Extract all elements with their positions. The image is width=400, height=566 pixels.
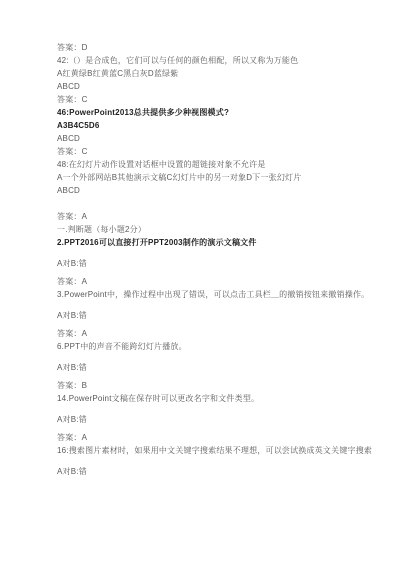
blank-line: [57, 197, 392, 210]
line-text: ABCD: [57, 82, 80, 91]
options-line: A红黄绿B红黄蓝C黑白灰D蓝绿紫: [57, 67, 392, 80]
line-text: 46:PowerPoint2013总共提供多少种视图模式?: [57, 108, 229, 117]
question-line: 42:（）是合成色，它们可以与任何的颜色相配，所以又称为万能色: [57, 54, 392, 67]
answer-line: 答案：C: [57, 145, 392, 158]
line-text: A对B:错: [57, 467, 87, 476]
answer-line: 答案：A: [57, 275, 392, 288]
line-text: 14.PowerPoint文稿在保存时可以更改名字和文件类型。: [57, 394, 259, 403]
line-text: A一个外部网站B其他演示文稿C幻灯片中的另一对象D下一张幻灯片: [57, 173, 301, 182]
question-line: 48:在幻灯片动作设置对话框中设置的超链接对象不允许是: [57, 158, 392, 171]
truefalse-choice-line: A对B:错: [57, 405, 392, 431]
line-text: 答案：A: [57, 329, 87, 338]
question-line: 3.PowerPoint中，操作过程中出现了错误，可以点击工具栏＿的撤销按钮来撤…: [57, 288, 392, 301]
line-text: A红黄绿B红黄蓝C黑白灰D蓝绿紫: [57, 69, 178, 78]
answer-line: 答案：D: [57, 41, 392, 54]
options-line: ABCD: [57, 184, 392, 197]
line-text: 16:搜索图片素材时，如果用中文关键字搜索结果不理想，可以尝试换成英文关键字搜索: [57, 446, 372, 455]
question-line: 6.PPT中的声音不能跨幻灯片播放。: [57, 340, 392, 353]
truefalse-choice-line: A对B:错: [57, 249, 392, 275]
truefalse-choice-line: A对B:错: [57, 301, 392, 327]
truefalse-choice-line: A对B:错: [57, 457, 392, 483]
options-line: A3B4C5D6: [57, 119, 392, 132]
answer-line: 答案：A: [57, 327, 392, 340]
line-text: 42:（）是合成色，它们可以与任何的颜色相配，所以又称为万能色: [57, 56, 298, 65]
question-line: 46:PowerPoint2013总共提供多少种视图模式?: [57, 106, 392, 119]
question-line: 14.PowerPoint文稿在保存时可以更改名字和文件类型。: [57, 392, 392, 405]
line-text: 答案：A: [57, 277, 87, 286]
document-page: 答案：D42:（）是合成色，它们可以与任何的颜色相配，所以又称为万能色A红黄绿B…: [0, 0, 400, 566]
line-text: 答案：D: [57, 43, 88, 52]
question-line: 16:搜索图片素材时，如果用中文关键字搜索结果不理想，可以尝试换成英文关键字搜索: [57, 444, 392, 457]
document-body: 答案：D42:（）是合成色，它们可以与任何的颜色相配，所以又称为万能色A红黄绿B…: [0, 0, 400, 483]
line-text: 答案：B: [57, 381, 87, 390]
truefalse-choice-line: A对B:错: [57, 353, 392, 379]
line-text: ABCD: [57, 186, 80, 195]
line-text: 一.判断题（每小题2分）: [57, 225, 146, 234]
line-text: A对B:错: [57, 363, 87, 372]
section-heading: 一.判断题（每小题2分）: [57, 223, 392, 236]
line-text: 48:在幻灯片动作设置对话框中设置的超链接对象不允许是: [57, 160, 266, 169]
line-text: A对B:错: [57, 311, 87, 320]
options-line: ABCD: [57, 80, 392, 93]
options-line: ABCD: [57, 132, 392, 145]
answer-line: 答案：B: [57, 379, 392, 392]
line-text: 答案：C: [57, 147, 88, 156]
line-text: ABCD: [57, 134, 80, 143]
options-line: A一个外部网站B其他演示文稿C幻灯片中的另一对象D下一张幻灯片: [57, 171, 392, 184]
line-text: A对B:错: [57, 259, 87, 268]
line-text: 答案：C: [57, 95, 88, 104]
line-text: 3.PowerPoint中，操作过程中出现了错误，可以点击工具栏＿的撤销按钮来撤…: [57, 290, 369, 299]
answer-line: 答案：A: [57, 431, 392, 444]
line-text: A对B:错: [57, 415, 87, 424]
line-text: A3B4C5D6: [57, 121, 100, 130]
line-text: 答案：A: [57, 212, 87, 221]
question-line: 2.PPT2016可以直接打开PPT2003制作的演示文稿文件: [57, 236, 392, 249]
answer-line: 答案：A: [57, 210, 392, 223]
answer-line: 答案：C: [57, 93, 392, 106]
line-text: 6.PPT中的声音不能跨幻灯片播放。: [57, 342, 187, 351]
line-text: 2.PPT2016可以直接打开PPT2003制作的演示文稿文件: [57, 238, 257, 247]
line-text: 答案：A: [57, 433, 87, 442]
